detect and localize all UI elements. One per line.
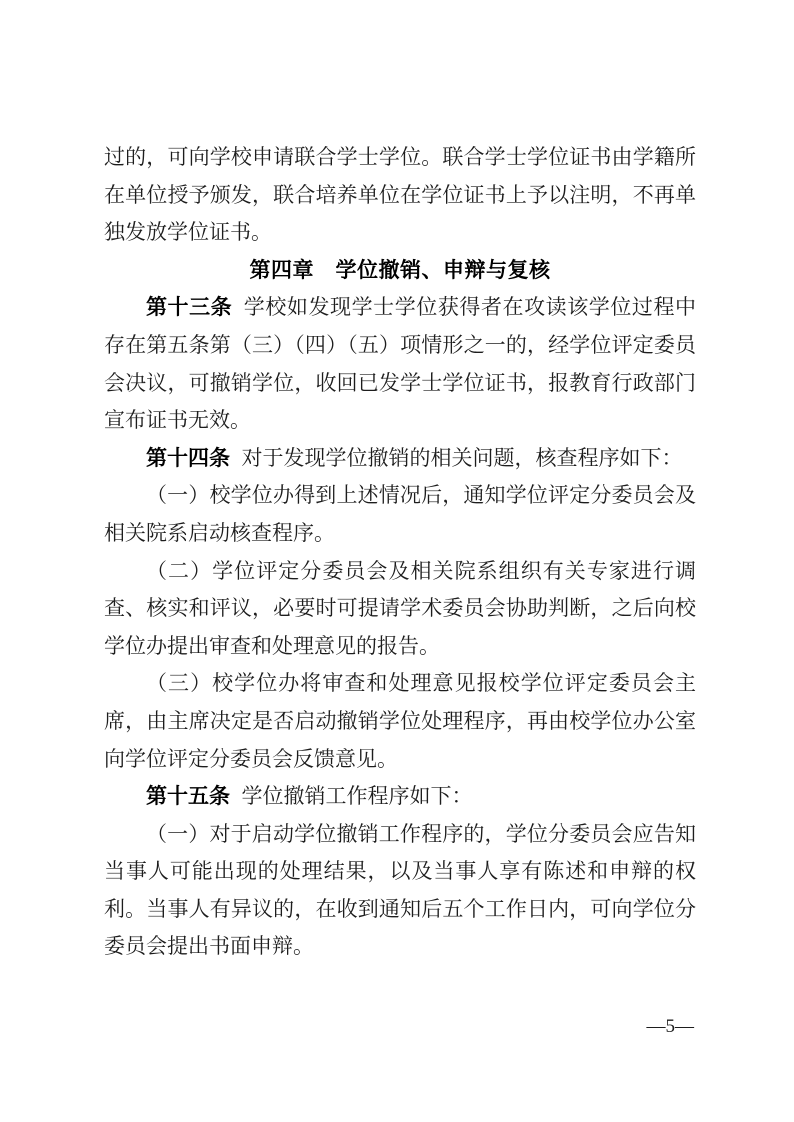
article-13: 第十三条学校如发现学士学位获得者在攻读该学位过程中存在第五条第（三）（四）（五）… <box>104 289 696 439</box>
article-15-body: 学位撤销工作程序如下： <box>242 784 473 808</box>
document-content: 过的，可向学校申请联合学士学位。联合学士学位证书由学籍所在单位授予颁发，联合培养… <box>104 139 696 966</box>
article-15-item-1: （一）对于启动学位撤销工作程序的，学位分委员会应告知当事人可能出现的处理结果，以… <box>104 816 696 966</box>
chapter-heading: 第四章 学位撤销、申辩与复核 <box>104 252 696 290</box>
document-page: 过的，可向学校申请联合学士学位。联合学士学位证书由学籍所在单位授予颁发，联合培养… <box>0 0 794 1122</box>
article-15-label: 第十五条 <box>146 784 230 808</box>
article-13-label: 第十三条 <box>146 295 232 319</box>
article-14-item-3: （三）校学位办将审查和处理意见报校学位评定委员会主席，由主席决定是否启动撤销学位… <box>104 665 696 778</box>
article-14-item-1: （一）校学位办得到上述情况后，通知学位评定分委员会及相关院系启动核查程序。 <box>104 477 696 552</box>
article-15: 第十五条学位撤销工作程序如下： <box>104 778 696 816</box>
continuation-paragraph: 过的，可向学校申请联合学士学位。联合学士学位证书由学籍所在单位授予颁发，联合培养… <box>104 139 696 252</box>
article-14-label: 第十四条 <box>146 446 230 470</box>
page-number: —5— <box>647 1013 695 1041</box>
article-14-item-2: （二）学位评定分委员会及相关院系组织有关专家进行调查、核实和评议，必要时可提请学… <box>104 553 696 666</box>
article-14: 第十四条对于发现学位撤销的相关问题，核查程序如下： <box>104 440 696 478</box>
article-14-body: 对于发现学位撤销的相关问题，核查程序如下： <box>242 446 683 470</box>
